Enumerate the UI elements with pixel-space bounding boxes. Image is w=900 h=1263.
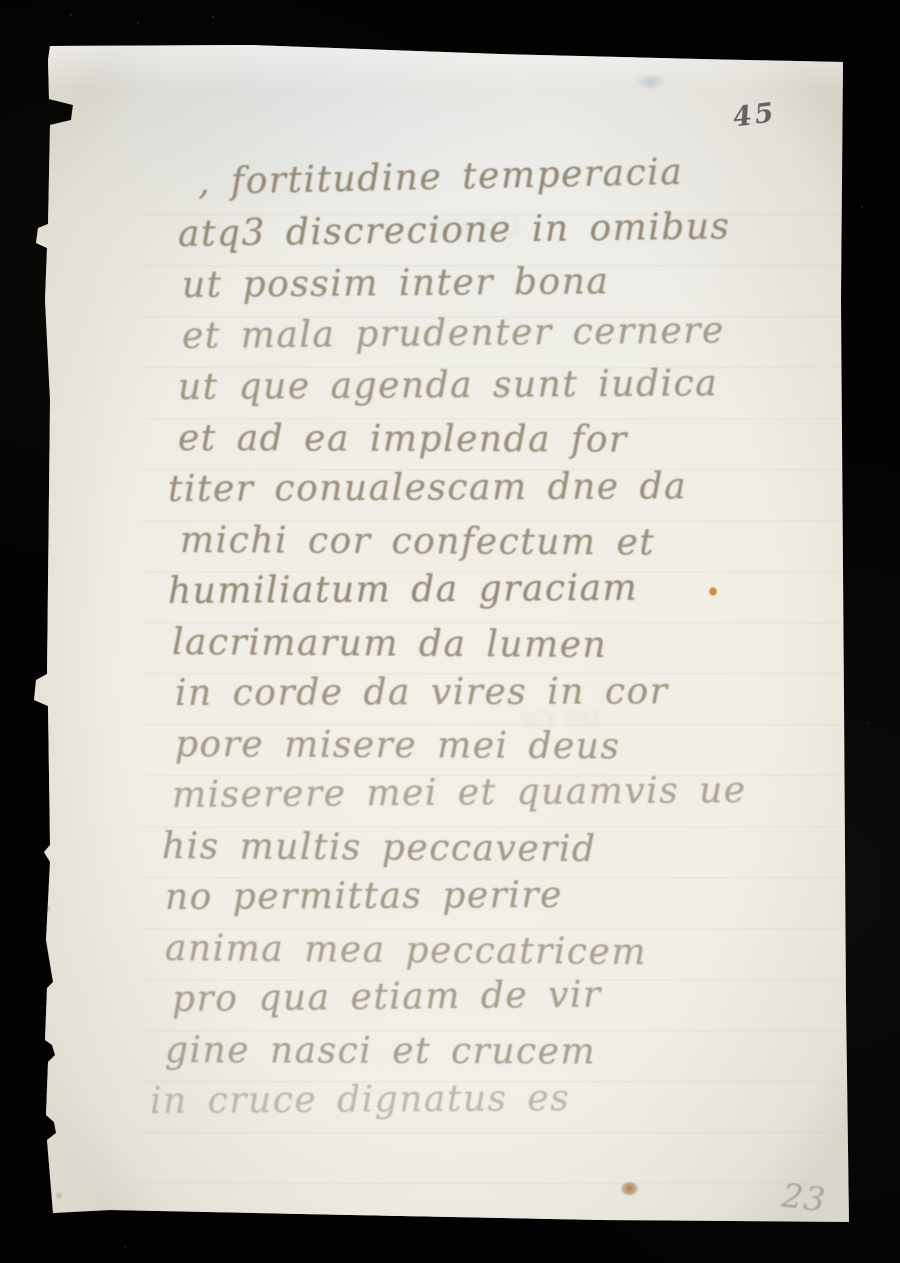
manuscript-leaf: ua ce ua ce , fortitudine temperacia atq… xyxy=(0,0,900,1263)
parchment-vignette xyxy=(0,0,900,1263)
dust-specks xyxy=(0,0,2,2)
photograph-stage: ua ce ua ce , fortitudine temperacia atq… xyxy=(0,0,900,1263)
